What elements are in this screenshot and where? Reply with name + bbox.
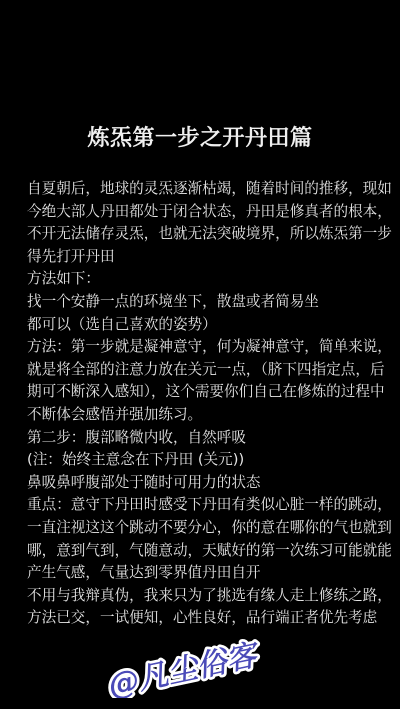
- body-line: 产生气感，气量达到零界值丹田自开: [27, 562, 377, 585]
- body-line: 就是将全部的注意力放在关元一点，（脐下四指定点，后: [27, 359, 377, 382]
- document-title: 炼炁第一步之开丹田篇: [0, 124, 400, 154]
- body-line: 不开无法储存灵炁，也就无法突破境界，所以炼炁第一步: [27, 223, 377, 246]
- body-line: (注：始终主意念在下丹田 (关元)): [27, 449, 377, 472]
- body-line: 哪，意到气到，气随意动，天赋好的第一次练习可能就能: [27, 540, 377, 563]
- body-line: 自夏朝后，地球的灵炁逐渐枯竭，随着时间的推移，现如: [27, 178, 377, 201]
- body-line: 期可不断深入感知），这个需要你们自己在修炼的过程中: [27, 381, 377, 404]
- author-watermark: @凡尘俗客 @凡尘俗客: [98, 628, 288, 698]
- body-line: 不用与我辩真伪，我来只为了挑选有缘人走上修练之路，: [27, 585, 377, 608]
- body-line: 鼻吸鼻呼腹部处于随时可用力的状态: [27, 472, 377, 495]
- body-line: 今绝大部人丹田都处于闭合状态，丹田是修真者的根本，: [27, 201, 377, 224]
- body-line: 第二步：腹部略微内收，自然呼吸: [27, 427, 377, 450]
- body-line: 方法：第一步就是凝神意守，何为凝神意守，简单来说，: [27, 336, 377, 359]
- body-line: 都可以（选自己喜欢的姿势）: [27, 314, 377, 337]
- body-line: 找一个安静一点的环境坐下，散盘或者简易坐: [27, 291, 377, 314]
- body-line: 方法如下：: [27, 268, 377, 291]
- body-line: 重点：意守下丹田时感受下丹田有类似心脏一样的跳动，: [27, 494, 377, 517]
- watermark-text: @凡尘俗客: [105, 637, 263, 698]
- document-body: 自夏朝后，地球的灵炁逐渐枯竭，随着时间的推移，现如 今绝大部人丹田都处于闭合状态…: [27, 178, 377, 630]
- body-line: 不断体会感悟并强加练习。: [27, 404, 377, 427]
- body-line: 得先打开丹田: [27, 246, 377, 269]
- body-line: 一直注视这这个跳动不要分心，你的意在哪你的气也就到: [27, 517, 377, 540]
- body-line: 方法已交，一试便知，心性良好，品行端正者优先考虑: [27, 607, 377, 630]
